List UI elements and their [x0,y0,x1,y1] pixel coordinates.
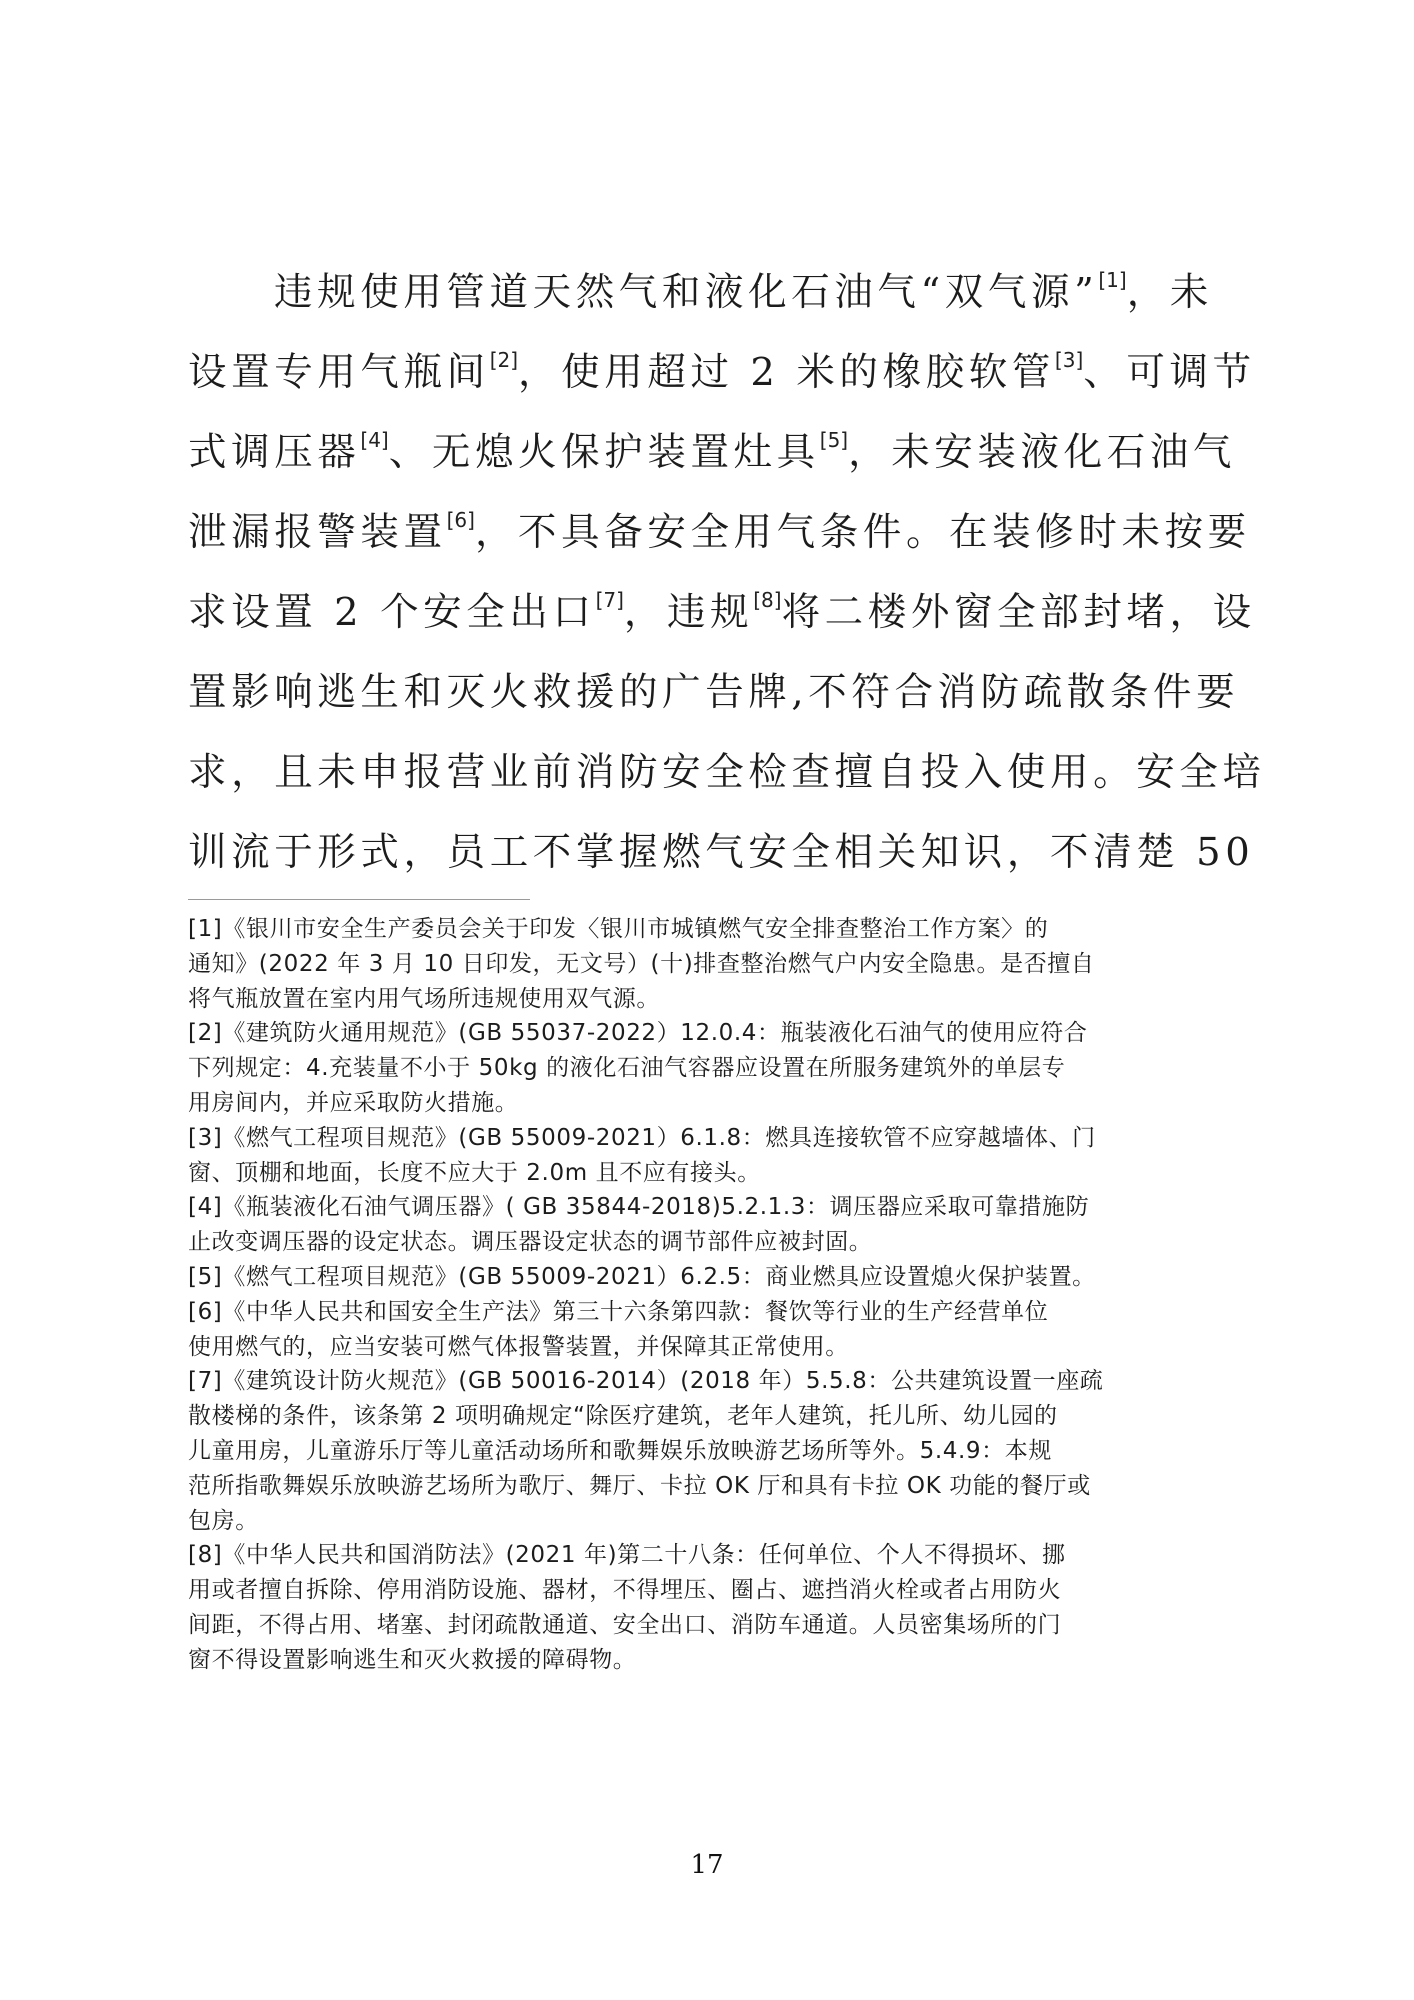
footnote-line: 用房间内，并应采取防火措施。 [188,1086,1238,1121]
body-line: 求，且未申报营业前消防安全检查擅自投入使用。安全培 [188,733,1238,813]
body-line: 训流于形式，员工不掌握燃气安全相关知识，不清楚 50 [188,813,1238,893]
footnote-3: [3]《燃气工程项目规范》(GB 55009-2021）6.1.8：燃具连接软管… [188,1121,1238,1191]
footnote-line: [6]《中华人民共和国安全生产法》第三十六条第四款：餐饮等行业的生产经营单位 [188,1295,1238,1330]
footnote-line: [8]《中华人民共和国消防法》(2021 年)第二十八条：任何单位、个人不得损坏… [188,1538,1238,1573]
body-line: 式调压器[4]、无熄火保护装置灶具[5]，未安装液化石油气 [188,413,1238,493]
footnote-line: [1]《银川市安全生产委员会关于印发〈银川市城镇燃气安全排查整治工作方案〉的 [188,912,1238,947]
footnote-ref[interactable]: [2] [490,348,518,372]
footnote-2: [2]《建筑防火通用规范》(GB 55037-2022）12.0.4：瓶装液化石… [188,1016,1238,1120]
footnote-ref[interactable]: [6] [447,508,475,532]
footnote-ref[interactable]: [1] [1098,268,1126,292]
body-text-run: ，使用超过 2 米的橡胶软管 [518,350,1055,395]
footnote-6: [6]《中华人民共和国安全生产法》第三十六条第四款：餐饮等行业的生产经营单位 使… [188,1295,1238,1365]
body-paragraph: 违规使用管道天然气和液化石油气“双气源”[1]，未 设置专用气瓶间[2]，使用超… [188,253,1238,893]
footnote-line: 窗、顶棚和地面，长度不应大于 2.0m 且不应有接头。 [188,1156,1238,1191]
footnote-line: 下列规定：4.充装量不小于 50kg 的液化石油气容器应设置在所服务建筑外的单层… [188,1051,1238,1086]
footnote-ref[interactable]: [4] [360,428,388,452]
body-text-run: 、可调节 [1083,350,1255,395]
body-text-run: 训流于形式，员工不掌握燃气安全相关知识，不清楚 50 [188,830,1254,875]
footnotes-section: [1]《银川市安全生产委员会关于印发〈银川市城镇燃气安全排查整治工作方案〉的 通… [188,912,1238,1678]
footnote-line: [4]《瓶装液化石油气调压器》( GB 35844-2018)5.2.1.3：调… [188,1190,1238,1225]
footnote-line: 范所指歌舞娱乐放映游艺场所为歌厅、舞厅、卡拉 OK 厅和具有卡拉 OK 功能的餐… [188,1469,1238,1504]
body-line: 置影响逃生和灭火救援的广告牌,不符合消防疏散条件要 [188,653,1238,733]
footnote-ref[interactable]: [3] [1055,348,1083,372]
footnote-line: 间距，不得占用、堵塞、封闭疏散通道、安全出口、消防车通道。人员密集场所的门 [188,1608,1238,1643]
body-text-run: ，未安装液化石油气 [848,430,1236,475]
footnote-line: 止改变调压器的设定状态。调压器设定状态的调节部件应被封固。 [188,1225,1238,1260]
body-line: 设置专用气瓶间[2]，使用超过 2 米的橡胶软管[3]、可调节 [188,333,1238,413]
document-page: 违规使用管道天然气和液化石油气“双气源”[1]，未 设置专用气瓶间[2]，使用超… [0,0,1414,2000]
body-line: 求设置 2 个安全出口[7]，违规[8]将二楼外窗全部封堵，设 [188,573,1238,653]
page-number: 17 [0,1850,1414,1880]
footnote-ref[interactable]: [8] [753,588,781,612]
footnote-5: [5]《燃气工程项目规范》(GB 55009-2021）6.2.5：商业燃具应设… [188,1260,1238,1295]
footnote-line: 包房。 [188,1504,1238,1539]
footnote-7: [7]《建筑设计防火规范》(GB 50016-2014）(2018 年）5.5.… [188,1364,1238,1538]
footnote-line: [3]《燃气工程项目规范》(GB 55009-2021）6.1.8：燃具连接软管… [188,1121,1238,1156]
footnote-line: [5]《燃气工程项目规范》(GB 55009-2021）6.2.5：商业燃具应设… [188,1260,1238,1295]
footnote-8: [8]《中华人民共和国消防法》(2021 年)第二十八条：任何单位、个人不得损坏… [188,1538,1238,1677]
footnote-ref[interactable]: [7] [596,588,624,612]
body-text-run: 求设置 2 个安全出口 [188,590,596,635]
body-text-run: 泄漏报警装置 [188,510,447,555]
footnote-separator [188,899,530,900]
footnote-line: 使用燃气的，应当安装可燃气体报警装置，并保障其正常使用。 [188,1330,1238,1365]
body-line: 泄漏报警装置[6]，不具备安全用气条件。在装修时未按要 [188,493,1238,573]
footnote-4: [4]《瓶装液化石油气调压器》( GB 35844-2018)5.2.1.3：调… [188,1190,1238,1260]
footnote-line: 散楼梯的条件，该条第 2 项明确规定“除医疗建筑，老年人建筑，托儿所、幼儿园的 [188,1399,1238,1434]
footnote-line: [7]《建筑设计防火规范》(GB 50016-2014）(2018 年）5.5.… [188,1364,1238,1399]
body-text-run: 违规使用管道天然气和液化石油气“双气源” [274,270,1098,315]
body-text-run: 求，且未申报营业前消防安全检查擅自投入使用。安全培 [188,750,1266,795]
footnote-line: [2]《建筑防火通用规范》(GB 55037-2022）12.0.4：瓶装液化石… [188,1016,1238,1051]
footnote-line: 儿童用房，儿童游乐厅等儿童活动场所和歌舞娱乐放映游艺场所等外。5.4.9：本规 [188,1434,1238,1469]
body-text-run: 式调压器 [188,430,360,475]
footnote-line: 用或者擅自拆除、停用消防设施、器材，不得埋压、圈占、遮挡消火栓或者占用防火 [188,1573,1238,1608]
footnote-line: 将气瓶放置在室内用气场所违规使用双气源。 [188,982,1238,1017]
body-text-run: 置影响逃生和灭火救援的广告牌,不符合消防疏散条件要 [188,670,1239,715]
footnote-line: 窗不得设置影响逃生和灭火救援的障碍物。 [188,1643,1238,1678]
footnote-1: [1]《银川市安全生产委员会关于印发〈银川市城镇燃气安全排查整治工作方案〉的 通… [188,912,1238,1016]
body-text-run: 将二楼外窗全部封堵，设 [782,590,1256,635]
body-line: 违规使用管道天然气和液化石油气“双气源”[1]，未 [188,253,1238,333]
body-text-run: ，未 [1127,270,1213,315]
body-text-run: ，不具备安全用气条件。在装修时未按要 [475,510,1251,555]
body-text-run: 、无熄火保护装置灶具 [389,430,820,475]
body-text-run: 设置专用气瓶间 [188,350,490,395]
footnote-ref[interactable]: [5] [820,428,848,452]
body-text-run: ，违规 [624,590,753,635]
footnote-line: 通知》(2022 年 3 月 10 日印发，无文号）(十)排查整治燃气户内安全隐… [188,947,1238,982]
